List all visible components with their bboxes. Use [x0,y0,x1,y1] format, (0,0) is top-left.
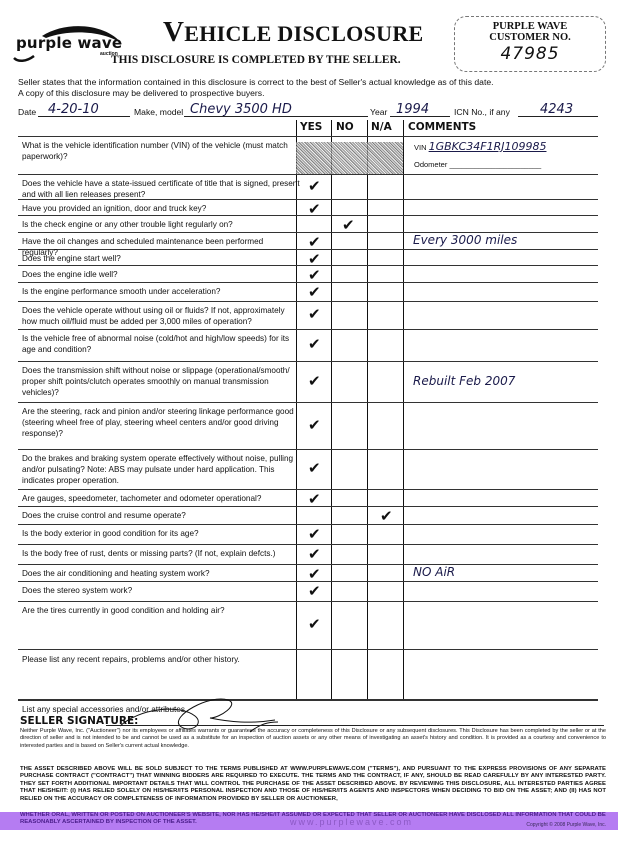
checkmark-icon[interactable]: ✔ [308,565,321,583]
table-row: What is the vehicle identification numbe… [18,137,598,175]
year-label: Year [370,107,387,117]
table-row: Is the engine performance smooth under a… [18,283,598,302]
customer-number-value[interactable]: 47985 [455,44,605,64]
customer-box-label-2: CUSTOMER NO. [455,32,605,43]
statement-line-2: A copy of this disclosure may be deliver… [18,88,618,99]
question-text: Does the stereo system work? [22,585,300,596]
checkmark-icon[interactable]: ✔ [308,525,321,543]
table-row: Does the cruise control and resume opera… [18,507,598,525]
question-text: Does the cruise control and resume opera… [22,510,300,521]
table-row: Is the check engine or any other trouble… [18,216,598,233]
question-text: Is the vehicle free of abnormal noise (c… [22,333,300,355]
question-text: What is the vehicle identification numbe… [22,140,300,162]
checkmark-icon[interactable]: ✔ [308,459,321,477]
comment-field[interactable]: Every 3000 miles [413,233,517,247]
table-row: Does the air conditioning and heating sy… [18,565,598,582]
page-subtitle: THIS DISCLOSURE IS COMPLETED BY THE SELL… [111,54,401,66]
logo-wordmark: purple wave [16,34,122,52]
checkmark-icon[interactable]: ✔ [308,266,321,284]
table-row: Are gauges, speedometer, tachometer and … [18,490,598,507]
customer-number-box: PURPLE WAVE CUSTOMER NO. 47985 [454,16,606,72]
year-field[interactable]: 1994 [396,102,429,117]
checkmark-icon[interactable]: ✔ [308,615,321,633]
comment-field[interactable]: Rebuilt Feb 2007 [413,374,515,388]
question-text: Are the tires currently in good conditio… [22,605,300,616]
date-field[interactable]: 4-20-10 [48,102,99,117]
checkmark-icon[interactable]: ✔ [342,216,355,234]
customer-box-label-1: PURPLE WAVE [455,21,605,32]
terms-text: The asset described above will be sold s… [20,766,606,803]
question-text: Are gauges, speedometer, tachometer and … [22,493,300,504]
vehicle-info-line: Date 4-20-10 Make, model Chevy 3500 HD Y… [18,103,598,119]
question-text: Does the engine idle well? [22,269,300,280]
question-text: Have you provided an ignition, door and … [22,203,300,214]
question-text: Is the body exterior in good condition f… [22,528,300,539]
table-row: Is the vehicle free of abnormal noise (c… [18,330,598,362]
comment-field[interactable]: NO AiR [413,565,455,579]
question-text: Are the steering, rack and pinion and/or… [22,406,300,439]
disclaimer-text: Neither Purple Wave, Inc. ("Auctioneer")… [20,728,606,750]
make-model-label: Make, model [134,107,183,117]
page-title: VEHICLE DISCLOSURE [163,16,423,49]
copyright: Copyright © 2008 Purple Wave, Inc. [526,822,606,828]
question-text: Do the brakes and braking system operate… [22,453,300,486]
table-row: Are the tires currently in good conditio… [18,602,598,650]
table-row: Is the body free of rust, dents or missi… [18,545,598,565]
checkmark-icon[interactable]: ✔ [308,372,321,390]
question-text: Please list any recent repairs, problems… [22,654,300,665]
table-row: Does the transmission shift without nois… [18,362,598,403]
seller-signature-field[interactable] [106,725,604,726]
table-row: Does the engine start well?✔ [18,250,598,266]
date-label: Date [18,107,36,117]
seller-statement: Seller states that the information conta… [18,77,618,98]
question-text: Does the air conditioning and heating sy… [22,568,300,579]
checkmark-icon[interactable]: ✔ [308,416,321,434]
table-row: Have you provided an ignition, door and … [18,200,598,216]
checkmark-icon[interactable]: ✔ [380,507,393,525]
question-text: Does the vehicle operate without using o… [22,305,300,327]
question-text: Does the vehicle have a state-issued cer… [22,178,300,200]
header-row-divider [18,120,598,137]
checkmark-icon[interactable]: ✔ [308,177,321,195]
question-text: Is the check engine or any other trouble… [22,219,300,230]
checkmark-icon[interactable]: ✔ [308,545,321,563]
icn-label: ICN No., if any [454,107,510,117]
table-row: Does the vehicle operate without using o… [18,302,598,330]
checkmark-icon[interactable]: ✔ [308,582,321,600]
table-row: Does the vehicle have a state-issued cer… [18,175,598,200]
statement-line-1: Seller states that the information conta… [18,77,618,88]
checkmark-icon[interactable]: ✔ [308,283,321,301]
watermark: www.purplewave.com [290,817,413,827]
question-text: Is the engine performance smooth under a… [22,286,300,297]
question-text: Does the engine start well? [22,253,300,264]
table-row: Is the body exterior in good condition f… [18,525,598,545]
checkmark-icon[interactable]: ✔ [308,490,321,508]
question-text: Is the body free of rust, dents or missi… [22,548,300,559]
make-model-field[interactable]: Chevy 3500 HD [190,102,292,117]
table-row: Have the oil changes and scheduled maint… [18,233,598,250]
question-text: Does the transmission shift without nois… [22,365,300,398]
table-row: Please list any recent repairs, problems… [18,650,598,700]
table-row: Does the engine idle well?✔ [18,266,598,283]
checkmark-icon[interactable]: ✔ [308,305,321,323]
checkmark-icon[interactable]: ✔ [308,233,321,251]
table-row: Are the steering, rack and pinion and/or… [18,403,598,450]
table-row: Does the stereo system work?✔ [18,582,598,602]
table-row: Do the brakes and braking system operate… [18,450,598,490]
icn-field[interactable]: 4243 [540,102,573,117]
checkmark-icon[interactable]: ✔ [308,335,321,353]
